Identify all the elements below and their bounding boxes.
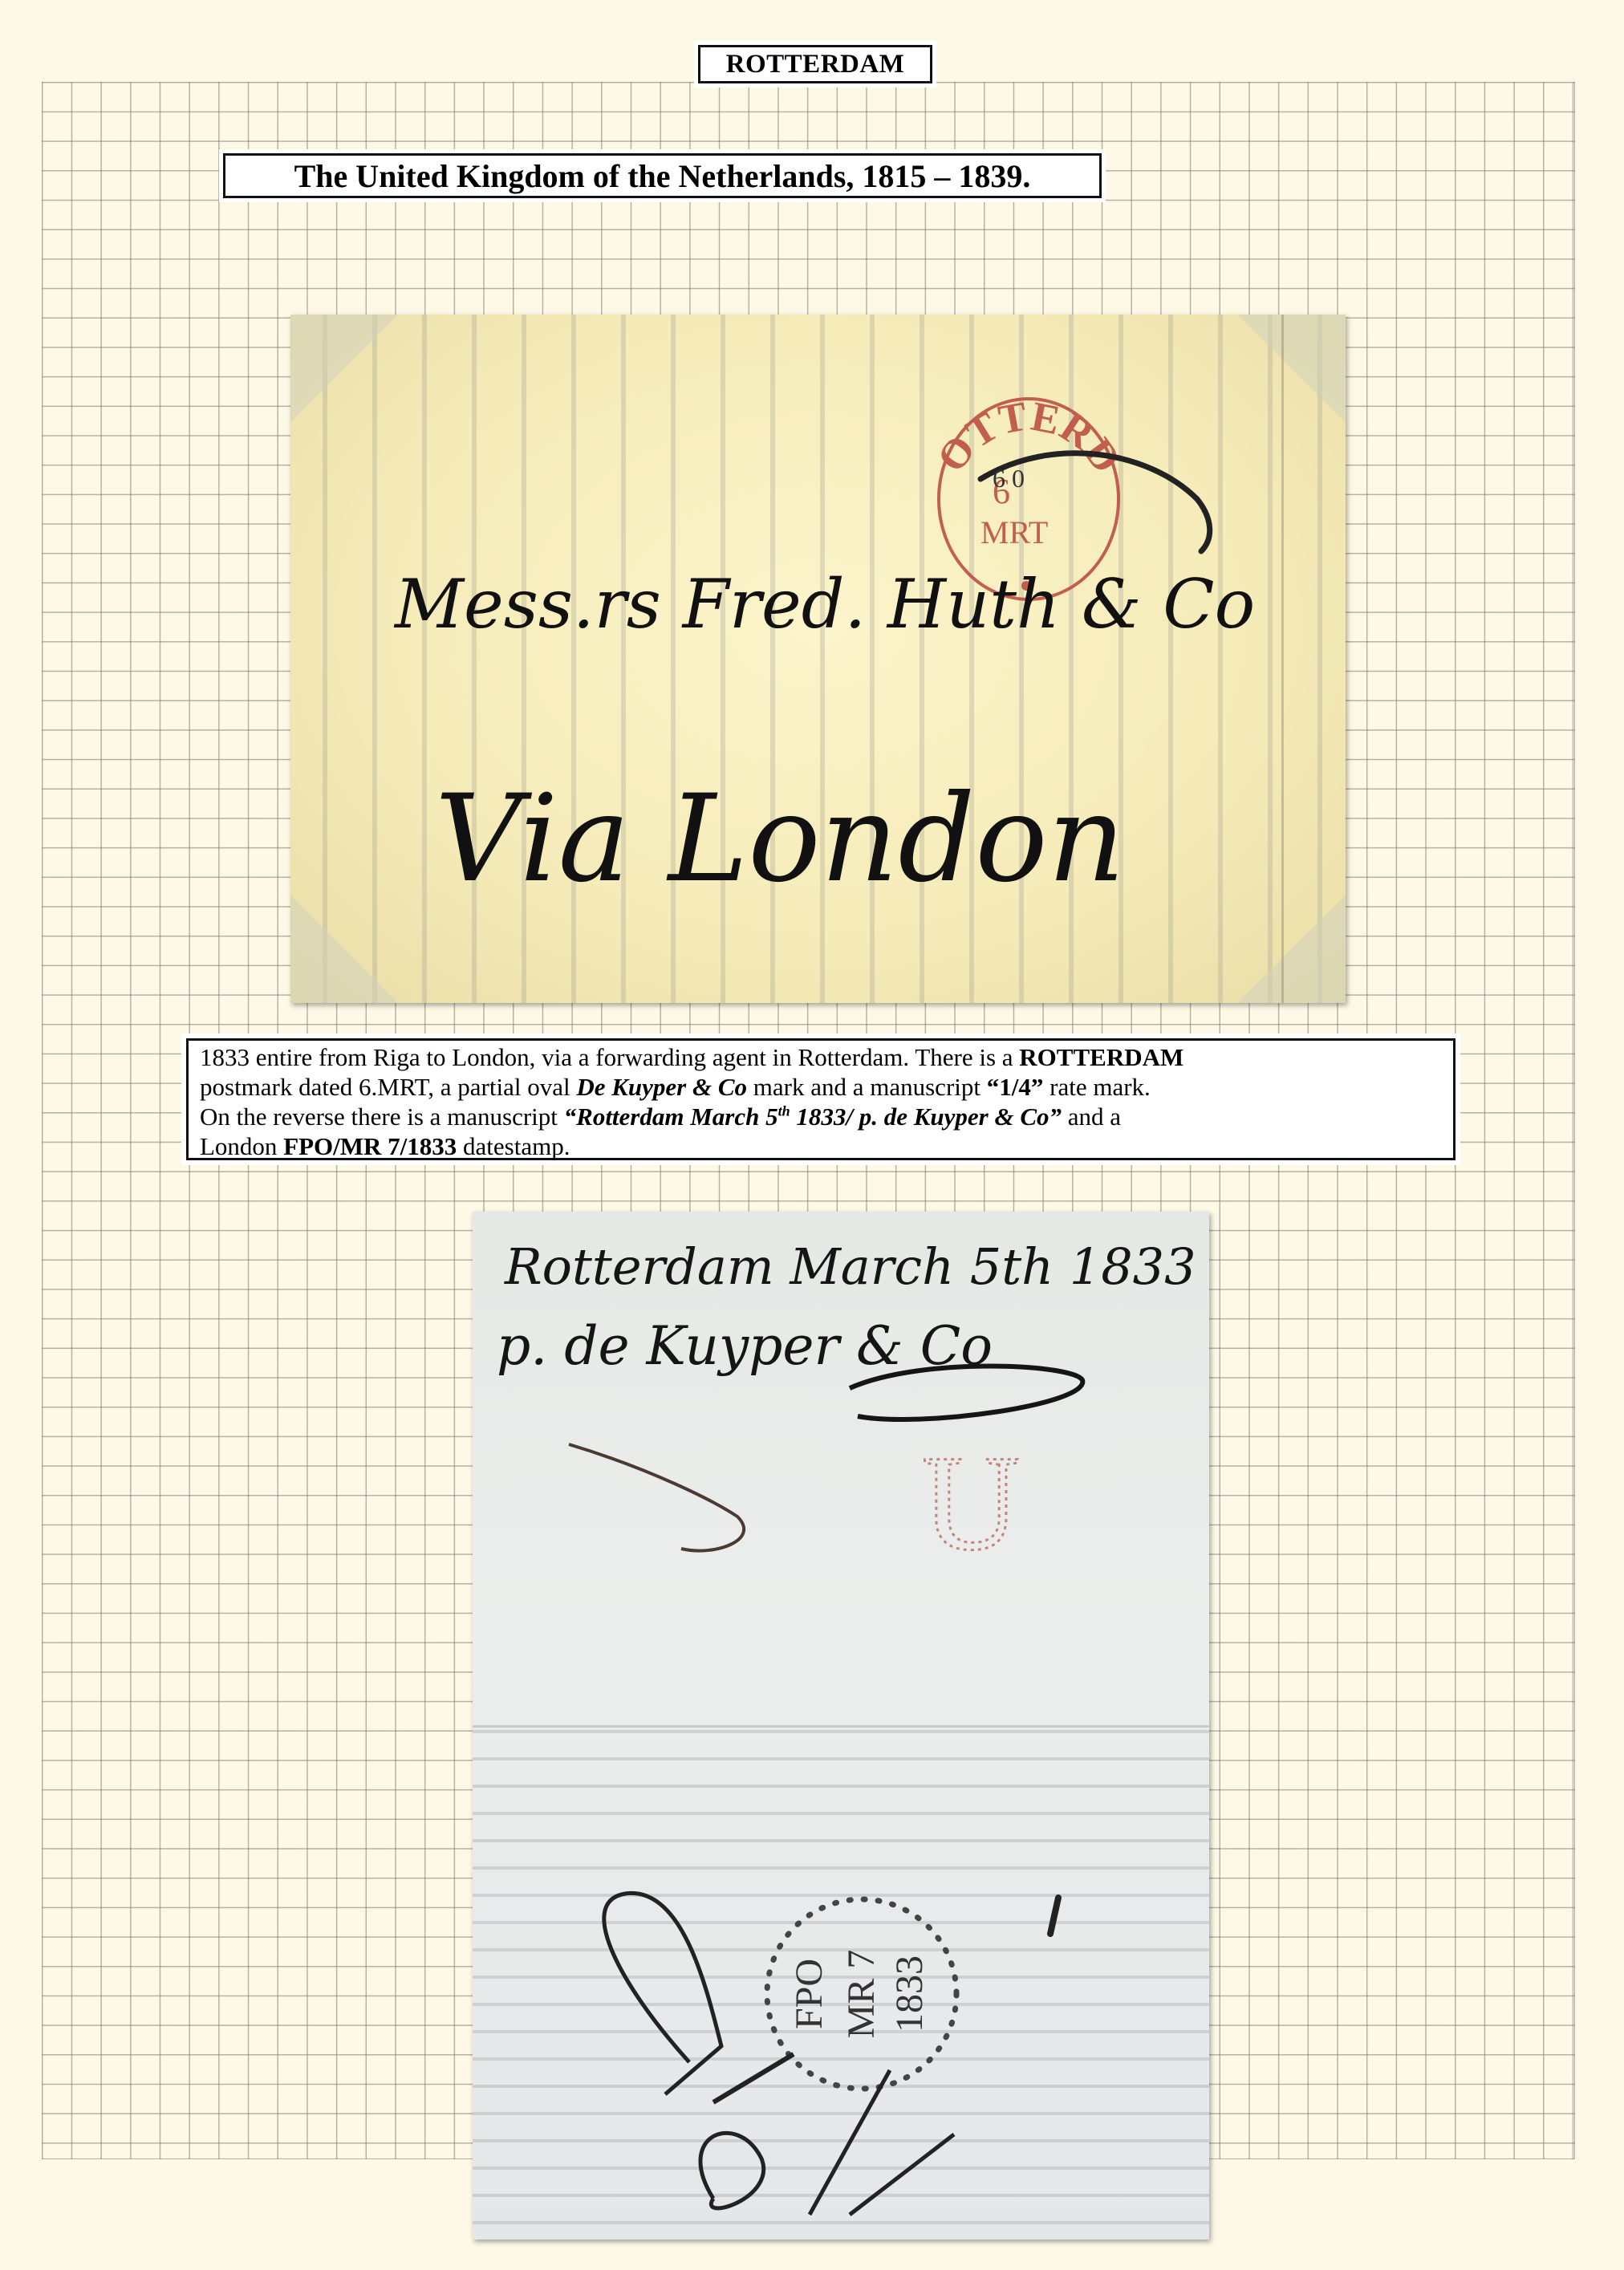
svg-text:MRT: MRT: [980, 514, 1048, 550]
address-line-1: Mess.rs Fred. Huth & Co: [393, 565, 1255, 644]
description-caption: 1833 entire from Riga to London, via a f…: [186, 1038, 1456, 1160]
caption-line-4: London FPO/MR 7/1833 datestamp.: [200, 1131, 1442, 1161]
cover-back-image: Rotterdam March 5th 1833 p. de Kuyper & …: [473, 1212, 1209, 2240]
cover-front-image: OTTERD 6 MRT 6 0 Mess.rs Fred. Huth & Co…: [290, 315, 1346, 1003]
cover-front-markings: OTTERD 6 MRT 6 0 Mess.rs Fred. Huth & Co…: [290, 315, 1346, 1003]
svg-text:6 0: 6 0: [993, 464, 1025, 493]
cover-back-markings: Rotterdam March 5th 1833 p. de Kuyper & …: [473, 1212, 1209, 2240]
caption-line-2: postmark dated 6.MRT, a partial oval De …: [200, 1072, 1442, 1102]
country-label: ROTTERDAM: [698, 45, 932, 83]
caption-line-3: On the reverse there is a manuscript “Ro…: [200, 1102, 1442, 1131]
manuscript-date: Rotterdam March 5th 1833: [504, 1237, 1196, 1296]
caption-line-1: 1833 entire from Riga to London, via a f…: [200, 1042, 1442, 1072]
manuscript-agent: p. de Kuyper & Co: [497, 1315, 993, 1377]
svg-text:U: U: [922, 1427, 1021, 1578]
svg-text:1833: 1833: [888, 1955, 931, 2032]
address-line-2: Via London: [435, 770, 1125, 909]
rate-mark: 1/4: [473, 1212, 489, 1215]
fpo-datestamp: FPO MR 7 1833: [767, 1899, 956, 2089]
svg-text:MR 7: MR 7: [840, 1950, 883, 2039]
svg-text:FPO: FPO: [788, 1959, 830, 2029]
period-title: The United Kingdom of the Netherlands, 1…: [223, 153, 1102, 198]
